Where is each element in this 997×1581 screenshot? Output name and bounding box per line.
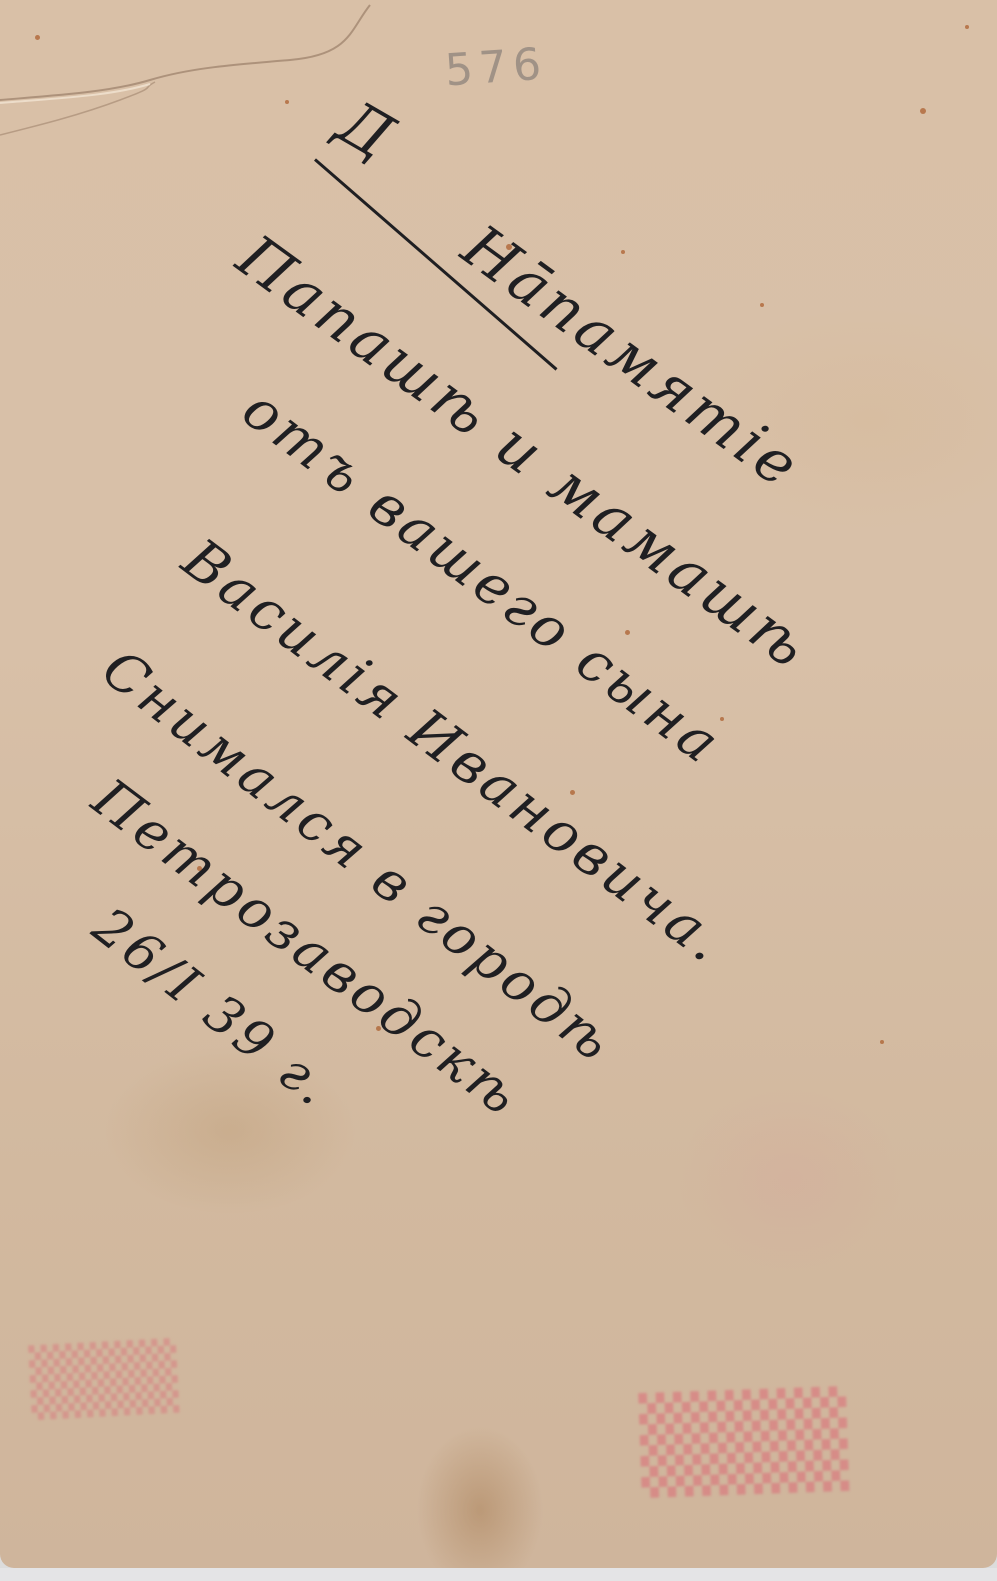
faded-stamp-right: ▒▒▒ [638, 1386, 849, 1498]
handwritten-inscription: Д На̄памятiе Папашѣ и мамашѣ отъ вашего … [0, 0, 997, 1200]
foxing-spot [197, 866, 202, 871]
photo-card-back: 576 Д На̄памятiе Папашѣ и мамашѣ отъ ваш… [0, 0, 997, 1568]
foxing-spot [625, 630, 630, 635]
faded-stamp-left: ▒▒▒ [28, 1336, 180, 1424]
foxing-spot [35, 35, 40, 40]
foxing-spot [965, 25, 969, 29]
crossed-out-letter: Д [325, 85, 409, 175]
foxing-spot [285, 100, 289, 104]
foxing-spot [621, 250, 625, 254]
foxing-spot [376, 1026, 381, 1031]
foxing-spot [720, 717, 724, 721]
scan-background [0, 1568, 997, 1581]
foxing-spot [880, 1040, 884, 1044]
foxing-spot [570, 790, 575, 795]
foxing-spot [506, 244, 512, 250]
foxing-spot [760, 303, 764, 307]
foxing-spot [920, 108, 926, 114]
